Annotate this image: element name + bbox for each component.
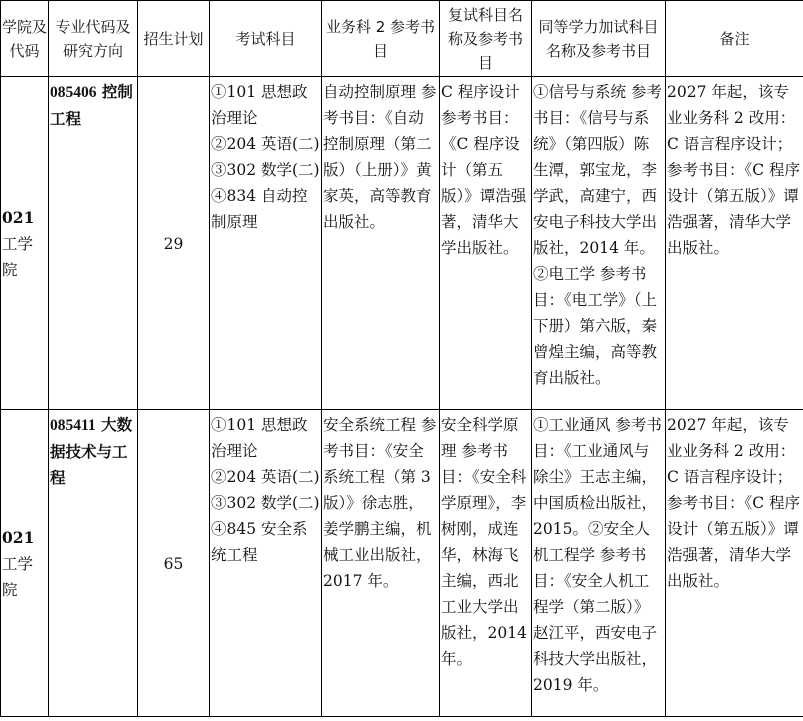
- retest-cell: C 程序设计 参考书目：《C 程序设计（第五版）》谭浩强著，清华大学出版社。: [440, 77, 532, 410]
- subject2-books-cell: 自动控制原理 参考书目：《自动控制原理（第二版）（上册）》黄家英，高等教育出版社…: [322, 77, 440, 410]
- exam-subject: ①101 思想政治理论: [211, 412, 320, 464]
- remarks-cell: 2027 年起，该专业业务科 2 改用：C 语言程序设计；参考书目：《C 程序设…: [666, 410, 803, 717]
- major-cell: 085411 大数据技术与工程: [49, 410, 138, 717]
- header-plan: 招生计划: [138, 1, 210, 77]
- exam-subject: ②204 英语(二): [211, 464, 320, 490]
- college-name: 工学院: [2, 555, 33, 599]
- exam-subject: ②204 英语(二): [211, 131, 320, 157]
- exam-subject: ④845 安全系统工程: [211, 516, 320, 568]
- major-cell: 085406 控制工程: [49, 77, 138, 410]
- header-exam-subjects: 考试科目: [210, 1, 322, 77]
- exam-subject: ③302 数学(二): [211, 157, 320, 183]
- exam-subjects-cell: ①101 思想政治理论 ②204 英语(二) ③302 数学(二) ④845 安…: [210, 410, 322, 717]
- college-code: 021: [2, 525, 47, 551]
- major-code: 085406: [50, 84, 97, 101]
- college-cell: 021 工学院: [1, 410, 49, 717]
- college-name: 工学院: [2, 235, 33, 279]
- header-retest: 复试科目名称及参考书目: [440, 1, 532, 77]
- subject2-books-cell: 安全系统工程 参考书目：《安全系统工程（第 3 版）》徐志胜，姜学鹏主编，机械工…: [322, 410, 440, 717]
- header-college: 学院及代码: [1, 1, 49, 77]
- admissions-table: 学院及代码 专业代码及研究方向 招生计划 考试科目 业务科 2 参考书目 复试科…: [0, 0, 803, 717]
- college-code: 021: [2, 205, 47, 231]
- header-remarks: 备注: [666, 1, 803, 77]
- header-major: 专业代码及研究方向: [49, 1, 138, 77]
- header-row: 学院及代码 专业代码及研究方向 招生计划 考试科目 业务科 2 参考书目 复试科…: [1, 1, 803, 77]
- equivalent-cell: ①信号与系统 参考书目：《信号与系统》（第四版）陈生潭，郭宝龙，李学武，高建宁，…: [532, 77, 666, 410]
- table-row: 021 工学院 085411 大数据技术与工程 65 ①101 思想政治理论 ②…: [1, 410, 803, 717]
- exam-subject: ③302 数学(二): [211, 490, 320, 516]
- plan-cell: 65: [138, 410, 210, 717]
- table-row: 021 工学院 085406 控制工程 29 ①101 思想政治理论 ②204 …: [1, 77, 803, 410]
- exam-subject: ④834 自动控制原理: [211, 183, 320, 235]
- equivalent-cell: ①工业通风 参考书目：《工业通风与除尘》王志主编，中国质检出版社，2015。②安…: [532, 410, 666, 717]
- header-equivalent: 同等学力加试科目名称及参考书目: [532, 1, 666, 77]
- exam-subjects-cell: ①101 思想政治理论 ②204 英语(二) ③302 数学(二) ④834 自…: [210, 77, 322, 410]
- college-cell: 021 工学院: [1, 77, 49, 410]
- retest-cell: 安全科学原理 参考书目：《安全科学原理》，李树刚，成连华，林海飞主编，西北工业大…: [440, 410, 532, 717]
- exam-subject: ①101 思想政治理论: [211, 79, 320, 131]
- plan-cell: 29: [138, 77, 210, 410]
- major-code: 085411: [50, 417, 96, 434]
- remarks-cell: 2027 年起，该专业业务科 2 改用：C 语言程序设计；参考书目：《C 程序设…: [666, 77, 803, 410]
- header-subject2-books: 业务科 2 参考书目: [322, 1, 440, 77]
